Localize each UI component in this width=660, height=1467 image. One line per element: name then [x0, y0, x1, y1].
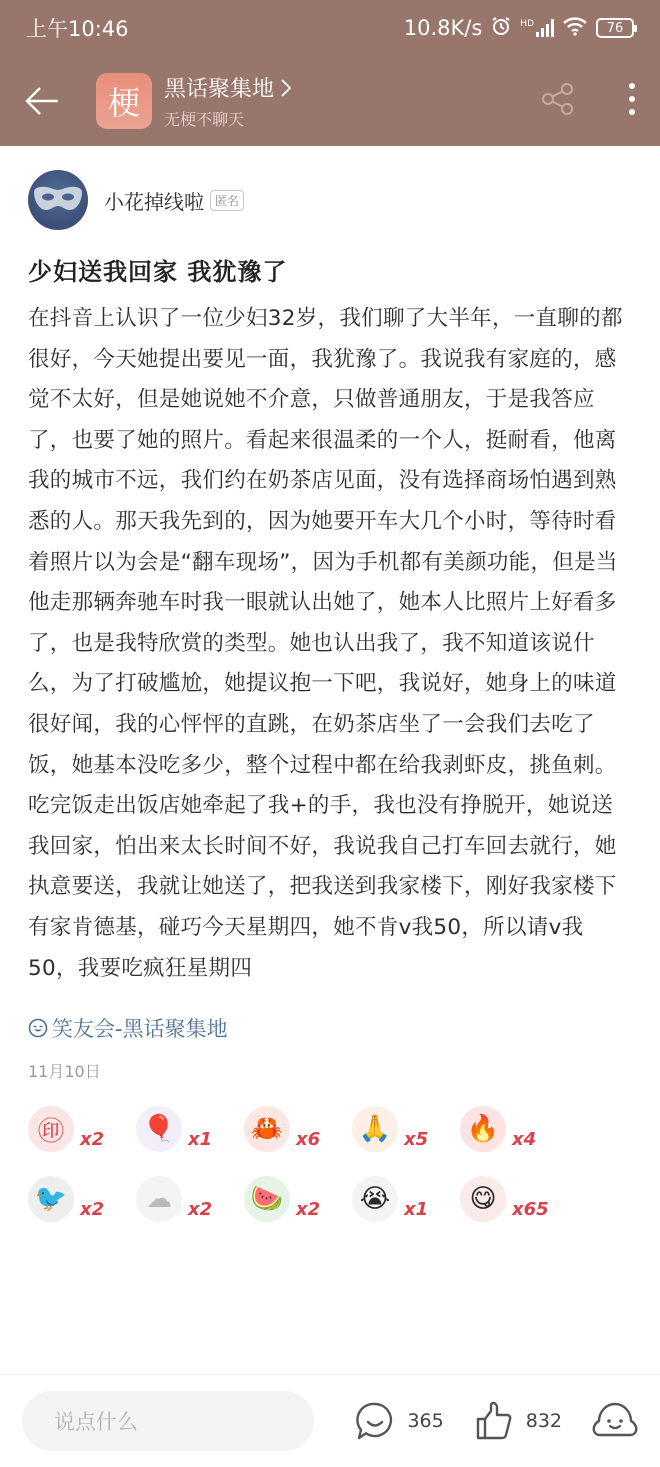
smile-icon: [28, 1018, 48, 1038]
group-name[interactable]: 黑话聚集地: [164, 72, 274, 103]
comment-input[interactable]: 说点什么: [22, 1391, 314, 1451]
topic-link[interactable]: 笑友会-黑话聚集地: [28, 1013, 632, 1043]
battery-icon: 76: [596, 18, 634, 38]
alarm-icon: [490, 15, 512, 42]
group-info[interactable]: 黑话聚集地 无梗不聊天: [164, 72, 292, 130]
post-content: 小花掉线啦 匿名 少妇送我回家 我犹豫了 在抖音上认识了一位少妇32岁，我们聊了…: [0, 170, 660, 1222]
reaction-item[interactable]: 🍉x2: [244, 1176, 352, 1222]
reaction-item[interactable]: ㊞x2: [28, 1106, 136, 1152]
top-navbar: 梗 黑话聚集地 无梗不聊天: [0, 56, 660, 146]
reaction-item[interactable]: 😭x1: [352, 1176, 460, 1222]
reaction-grid: ㊞x2 🎈x1 🦀x6 🙏x5 🔥x4 🐦x2 ☁x2 🍉x2 😭x1 😋x65: [28, 1106, 632, 1222]
bottom-action-bar: 说点什么 365 832: [0, 1374, 660, 1467]
status-time: 上午10:46: [26, 13, 129, 43]
reaction-button[interactable]: [592, 1401, 638, 1441]
reaction-item[interactable]: 🔥x4: [460, 1106, 568, 1152]
watermelon-sticker-icon: 🍉: [244, 1176, 290, 1222]
praying-sticker-icon: 🙏: [352, 1106, 398, 1152]
reaction-item[interactable]: 🦀x6: [244, 1106, 352, 1152]
anonymous-badge: 匿名: [210, 190, 244, 211]
reaction-item[interactable]: 🙏x5: [352, 1106, 460, 1152]
like-count: 832: [526, 1410, 562, 1432]
more-button[interactable]: [628, 82, 636, 120]
crab-sticker-icon: 🦀: [244, 1106, 290, 1152]
post-body: 在抖音上认识了一位少妇32岁，我们聊了大半年，一直聊的都很好，今天她提出要见一面…: [28, 299, 632, 989]
eating-sticker-icon: 😋: [460, 1176, 506, 1222]
comment-bubble-icon: [355, 1401, 395, 1441]
group-logo[interactable]: 梗: [96, 73, 152, 129]
post-date: 11月10日: [28, 1059, 632, 1082]
shy-blob-sticker-icon: ☁: [136, 1176, 182, 1222]
reaction-item[interactable]: 🎈x1: [136, 1106, 244, 1152]
topic-label[interactable]: 笑友会-黑话聚集地: [52, 1013, 228, 1043]
comment-button[interactable]: 365: [355, 1401, 443, 1441]
back-arrow-icon: [24, 85, 60, 117]
wifi-icon: [562, 16, 588, 41]
reaction-item[interactable]: ☁x2: [136, 1176, 244, 1222]
reaction-item[interactable]: 😋x65: [460, 1176, 568, 1222]
angry-fire-sticker-icon: 🔥: [460, 1106, 506, 1152]
balloons-sticker-icon: 🎈: [136, 1106, 182, 1152]
status-bar: 上午10:46 10.8K/s HD 76: [0, 0, 660, 56]
post-title: 少妇送我回家 我犹豫了: [28, 252, 632, 287]
reaction-item[interactable]: 🐦x2: [28, 1176, 136, 1222]
chevron-right-icon: [280, 78, 292, 98]
thumbs-up-icon: [474, 1401, 514, 1441]
share-icon: [540, 81, 576, 117]
more-vertical-icon: [628, 82, 636, 116]
crow-sticker-icon: 🐦: [28, 1176, 74, 1222]
net-speed: 10.8K/s: [404, 16, 483, 40]
like-button[interactable]: 832: [474, 1401, 562, 1441]
author-row: 小花掉线啦 匿名: [28, 170, 632, 230]
big-cry-sticker-icon: 😭: [352, 1176, 398, 1222]
avatar[interactable]: [28, 170, 88, 230]
comment-count: 365: [407, 1410, 443, 1432]
signal-icon: HD: [520, 19, 554, 37]
back-button[interactable]: [22, 81, 62, 121]
stamp-sticker-icon: ㊞: [28, 1106, 74, 1152]
author-name[interactable]: 小花掉线啦: [104, 186, 204, 215]
smiley-face-icon: [592, 1401, 638, 1441]
mask-icon: [28, 170, 88, 230]
share-button[interactable]: [540, 81, 576, 121]
group-subtitle: 无梗不聊天: [164, 107, 292, 130]
